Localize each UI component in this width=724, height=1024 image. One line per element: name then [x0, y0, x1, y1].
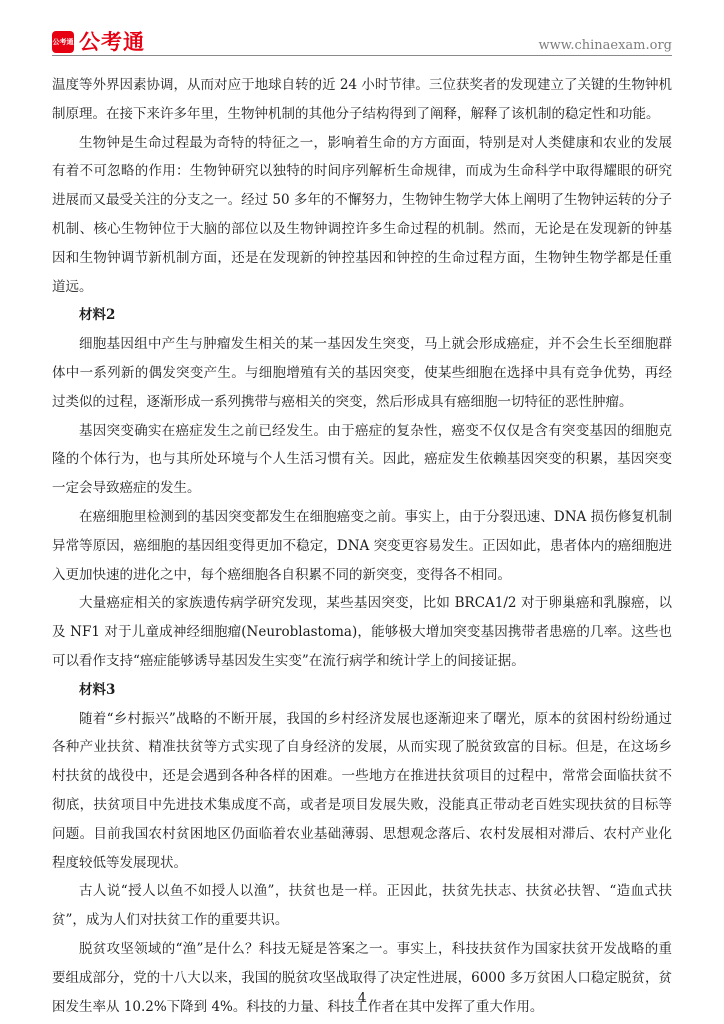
paragraph: 大量癌症相关的家族遗传病学研究发现，某些基因突变，比如 BRCA1/2 对于卵巢…	[52, 589, 672, 675]
page-number: 4	[358, 991, 366, 1006]
paragraph: 细胞基因组中产生与肿瘤发生相关的某一基因发生突变，马上就会形成癌症，并不会生长至…	[52, 330, 672, 416]
brand-logo[interactable]: 公考通 公考通	[52, 31, 145, 53]
gongkaotong-logo-icon: 公考通	[52, 31, 74, 53]
material-heading: 材料3	[52, 676, 672, 705]
paragraph: 在癌细胞里检测到的基因突变都发生在细胞癌变之前。事实上，由于分裂迅速、DNA 损…	[52, 503, 672, 589]
material-heading: 材料2	[52, 301, 672, 330]
paragraph: 温度等外界因素协调，从而对应于地球自转的近 24 小时节律。三位获奖者的发现建立…	[52, 71, 672, 129]
paragraph: 生物钟是生命过程最为奇特的特征之一，影响着生命的方方面面，特别是对人类健康和农业…	[52, 129, 672, 302]
page-footer: 4	[0, 991, 724, 1006]
paragraph: 随着“乡村振兴”战略的不断开展，我国的乡村经济发展也逐渐迎来了曙光，原本的贫困村…	[52, 705, 672, 878]
paragraph: 古人说“授人以鱼不如授人以渔”，扶贫也是一样。正因此，扶贫先扶志、扶贫必扶智、“…	[52, 877, 672, 935]
document-page: 公考通 公考通 www.chinaexam.org 温度等外界因素协调，从而对应…	[0, 0, 724, 1024]
brand-name: 公考通	[79, 32, 145, 53]
paragraph: 脱贫攻坚领域的“渔”是什么？科技无疑是答案之一。事实上，科技扶贫作为国家扶贫开发…	[52, 935, 672, 1021]
site-url[interactable]: www.chinaexam.org	[538, 39, 672, 53]
page-header: 公考通 公考通 www.chinaexam.org	[52, 0, 672, 56]
document-content: 温度等外界因素协调，从而对应于地球自转的近 24 小时节律。三位获奖者的发现建立…	[52, 56, 672, 1021]
paragraph: 基因突变确实在癌症发生之前已经发生。由于癌症的复杂性，癌变不仅仅是含有突变基因的…	[52, 417, 672, 503]
